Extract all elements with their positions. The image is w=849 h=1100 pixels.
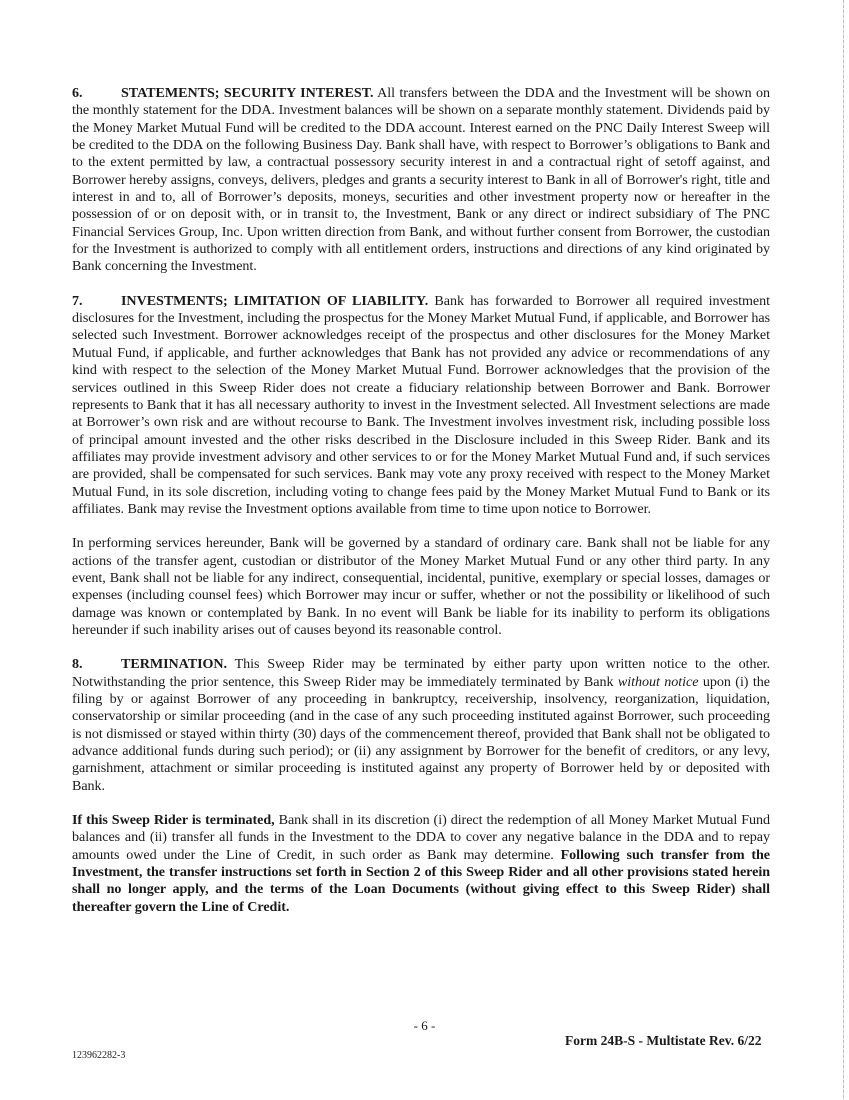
document-id: 123962282-3 [72,1050,125,1061]
scan-edge-line [843,0,844,1100]
section-7-investments-limitation-of-liability: 7.INVESTMENTS; LIMITATION OF LIABILITY. … [72,293,770,518]
section-number: 8. [72,656,121,673]
section-title: STATEMENTS; SECURITY INTEREST. [121,85,373,101]
italic-emphasis: without notice [618,674,699,690]
section-body-continued: upon (i) the filing by or against Borrow… [72,674,770,794]
section-number: 6. [72,85,121,102]
form-identifier: Form 24B-S - Multistate Rev. 6/22 [565,1033,761,1049]
section-body: All transfers between the DDA and the In… [72,85,770,274]
bold-lead-in: If this Sweep Rider is terminated, [72,812,275,828]
section-7-standard-of-care-paragraph: In performing services hereunder, Bank w… [72,535,770,639]
section-8-termination: 8.TERMINATION. This Sweep Rider may be t… [72,656,770,795]
paragraph-text: In performing services hereunder, Bank w… [72,535,770,638]
section-title: INVESTMENTS; LIMITATION OF LIABILITY. [121,293,428,309]
page-number: - 6 - [0,1018,849,1034]
section-body: Bank has forwarded to Borrower all requi… [72,293,770,517]
termination-effect-paragraph: If this Sweep Rider is terminated, Bank … [72,812,770,916]
section-number: 7. [72,293,121,310]
section-6-statements-security-interest: 6.STATEMENTS; SECURITY INTEREST. All tra… [72,85,770,276]
document-body: 6.STATEMENTS; SECURITY INTEREST. All tra… [72,85,770,933]
section-title: TERMINATION. [121,656,227,672]
